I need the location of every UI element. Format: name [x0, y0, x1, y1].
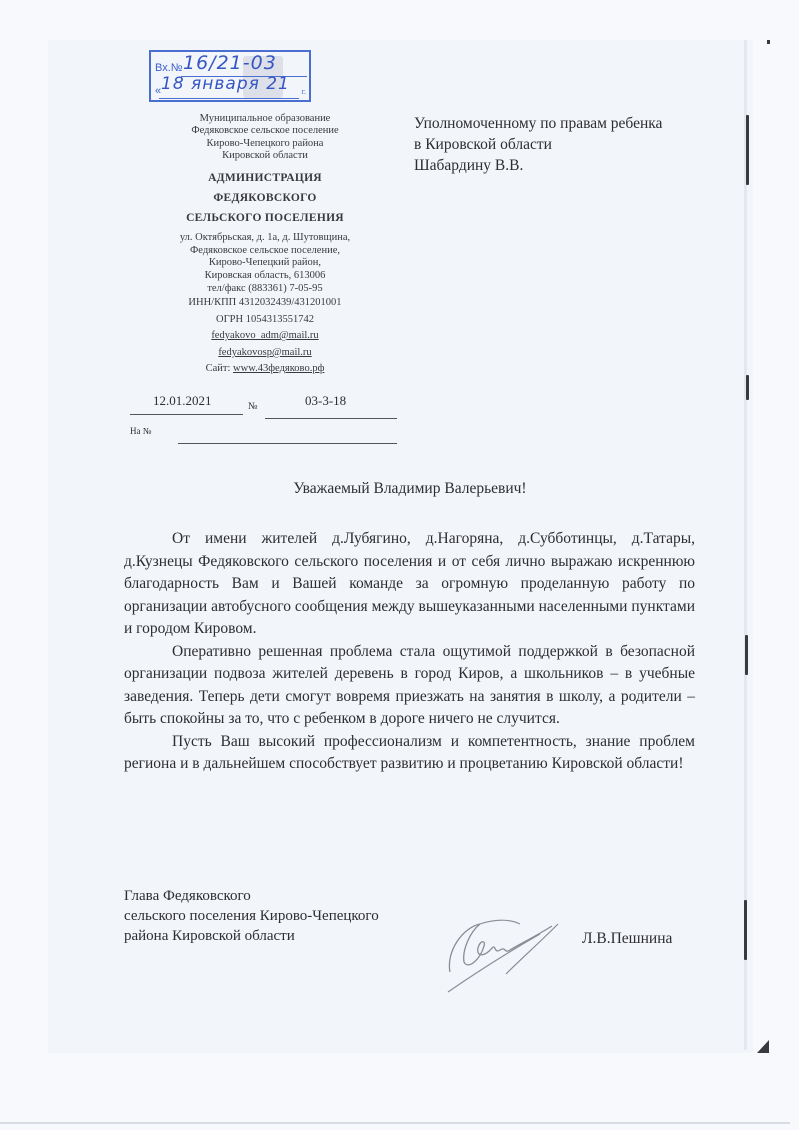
body-paragraph: От имени жителей д.Лубягино, д.Нагоряна,… [124, 528, 695, 641]
handwritten-signature-icon [440, 900, 600, 1000]
address-line: Кировская область, 613006 [140, 270, 390, 283]
scan-artifact [745, 635, 748, 675]
org-title-line: АДМИНИСТРАЦИЯ [140, 168, 390, 188]
addressee-line: в Кировской области [414, 134, 662, 155]
signer-title-line: района Кировской области [124, 926, 379, 946]
addressee-line: Уполномоченному по правам ребенка [414, 113, 662, 134]
outgoing-number-label: № [248, 401, 258, 412]
letterhead-line: Кирово-Чепецкого района [140, 138, 390, 150]
letterhead-line: Федяковское сельское поселение [140, 125, 390, 137]
org-title-line: ФЕДЯКОВСКОГО [140, 188, 390, 208]
letter-body: От имени жителей д.Лубягино, д.Нагоряна,… [124, 528, 695, 776]
site-label: Сайт: [206, 363, 233, 374]
address-line: ул. Октябрьская, д. 1а, д. Шутовщина, [140, 232, 390, 245]
reference-underline [178, 443, 397, 444]
scan-border [0, 1122, 790, 1124]
incoming-number-label: Вх.№ [155, 62, 183, 74]
website-link[interactable]: www.43федяково.рф [233, 363, 324, 374]
letterhead-line: Муниципальное образование [140, 113, 390, 125]
page-edge [744, 40, 747, 1050]
phone-fax: тел/факс (883361) 7-05-95 [140, 283, 390, 296]
incoming-stamp: Вх.№ 16/21-03 « 18 января 21 г. [149, 50, 311, 102]
email-link-sp[interactable]: fedyakovosp@mail.ru [218, 347, 311, 358]
signer-title-line: Глава Федяковского [124, 886, 379, 906]
signer-title-line: сельского поселения Кирово-Чепецкого [124, 906, 379, 926]
salutation: Уважаемый Владимир Валерьевич! [110, 480, 710, 498]
scan-artifact [746, 375, 749, 400]
organization-title: АДМИНИСТРАЦИЯ ФЕДЯКОВСКОГО СЕЛЬСКОГО ПОС… [140, 168, 390, 228]
outgoing-number: 03-3-18 [305, 393, 346, 409]
signer-name: Л.В.Пешнина [582, 930, 672, 948]
stamp-year-suffix: г. [302, 87, 306, 96]
number-underline [265, 418, 397, 419]
body-paragraph: Оперативно решенная проблема стала ощути… [124, 641, 695, 731]
outgoing-date: 12.01.2021 [153, 393, 212, 409]
scan-artifact [757, 1040, 769, 1053]
ogrn: ОГРН 1054313551742 [140, 312, 390, 329]
letterhead: Муниципальное образование Федяковское се… [140, 113, 390, 378]
email-link-adm[interactable]: fedyakovo_adm@mail.ru [211, 330, 318, 341]
scan-artifact [744, 900, 747, 960]
signer-title: Глава Федяковского сельского поселения К… [124, 886, 379, 946]
addressee-block: Уполномоченному по правам ребенка в Киро… [414, 113, 662, 176]
address-line: Кирово-Чепецкий район, [140, 257, 390, 270]
letterhead-line: Кировской области [140, 150, 390, 162]
organization-address: ул. Октябрьская, д. 1а, д. Шутовщина, Фе… [140, 232, 390, 295]
incoming-number: 16/21-03 [183, 52, 277, 74]
inn-kpp: ИНН/КПП 4312032439/431201001 [140, 295, 390, 312]
stamp-underline [159, 98, 299, 99]
date-underline [130, 414, 243, 415]
org-title-line: СЕЛЬСКОГО ПОСЕЛЕНИЯ [140, 208, 390, 228]
addressee-name: Шабардину В.В. [414, 155, 662, 176]
reference-number-label: На № [130, 426, 151, 436]
scan-artifact [746, 115, 749, 185]
body-paragraph: Пусть Ваш высокий профессионализм и комп… [124, 731, 695, 776]
scan-artifact [767, 40, 770, 44]
address-line: Федяковское сельское поселение, [140, 245, 390, 258]
incoming-date: 18 января 21 [161, 74, 290, 94]
